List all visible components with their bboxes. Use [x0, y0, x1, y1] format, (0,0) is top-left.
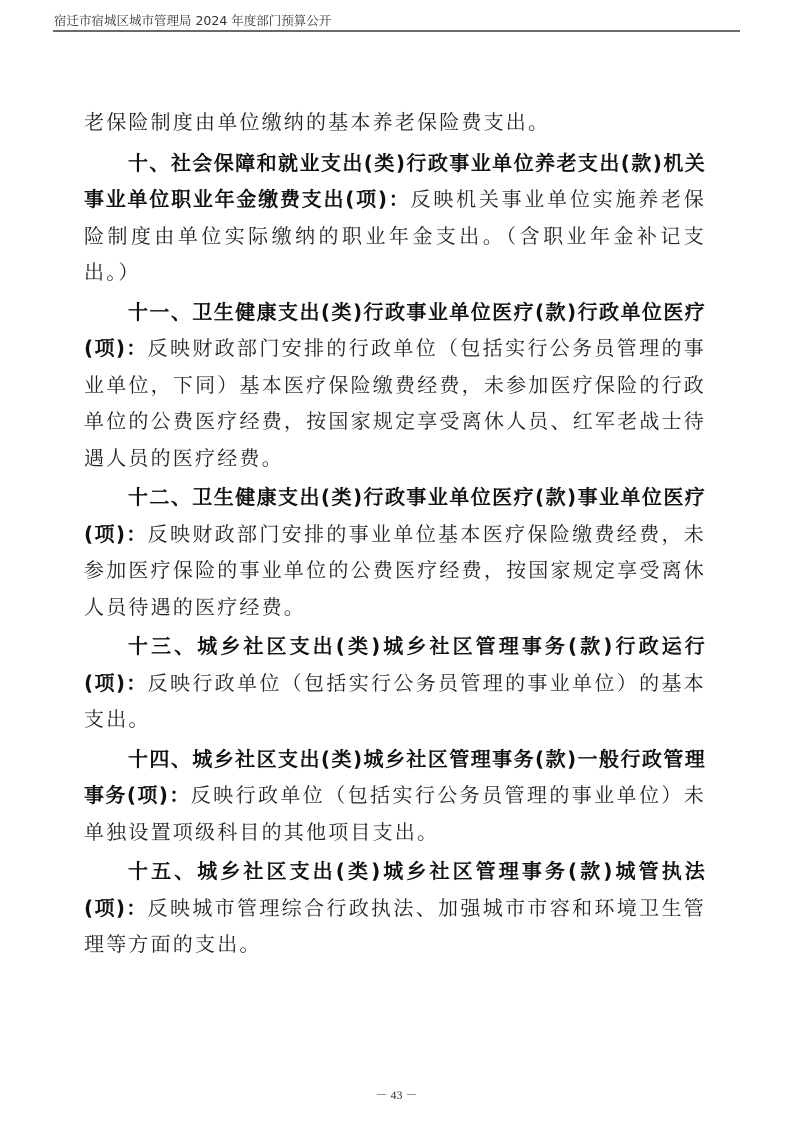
- item-description: 反映行政单位（包括实行公务员管理的事业单位）的基本支出。: [84, 671, 706, 732]
- budget-item-11: 十一、卫生健康支出(类)行政事业单位医疗(款)行政单位医疗(项)：反映财政部门安…: [84, 294, 706, 477]
- continuation-paragraph: 老保险制度由单位缴纳的基本养老保险费支出。: [84, 104, 706, 141]
- budget-item-13: 十三、城乡社区支出(类)城乡社区管理事务(款)行政运行(项)：反映行政单位（包括…: [84, 628, 706, 738]
- page-number: － 43 －: [0, 1086, 793, 1103]
- budget-item-14: 十四、城乡社区支出(类)城乡社区管理事务(款)一般行政管理事务(项)：反映行政单…: [84, 741, 706, 851]
- item-description: 反映财政部门安排的事业单位基本医疗保险缴费经费，未参加医疗保险的事业单位的公费医…: [84, 522, 706, 619]
- budget-item-10: 十、社会保障和就业支出(类)行政事业单位养老支出(款)机关事业单位职业年金缴费支…: [84, 145, 706, 291]
- document-body: 老保险制度由单位缴纳的基本养老保险费支出。 十、社会保障和就业支出(类)行政事业…: [84, 104, 706, 966]
- page-header: 宿迁市宿城区城市管理局 2024 年度部门预算公开: [53, 8, 740, 32]
- item-description: 反映城市管理综合行政执法、加强城市市容和环境卫生管理等方面的支出。: [84, 896, 706, 957]
- item-description: 反映财政部门安排的行政单位（包括实行公务员管理的事业单位，下同）基本医疗保险缴费…: [84, 336, 706, 470]
- document-title: 宿迁市宿城区城市管理局 2024 年度部门预算公开: [54, 11, 331, 29]
- budget-item-12: 十二、卫生健康支出(类)行政事业单位医疗(款)事业单位医疗(项)：反映财政部门安…: [84, 479, 706, 625]
- budget-item-15: 十五、城乡社区支出(类)城乡社区管理事务(款)城管执法(项)：反映城市管理综合行…: [84, 853, 706, 963]
